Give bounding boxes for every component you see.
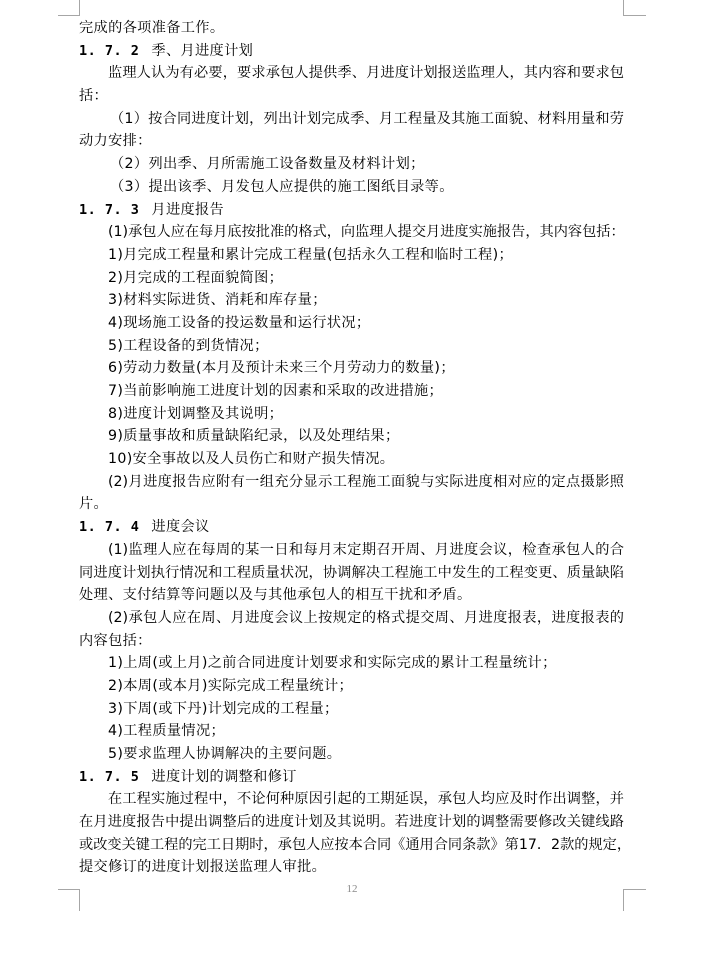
section-heading: 1. 7. 5进度计划的调整和修订: [79, 766, 624, 789]
paragraph-line: 监理人认为有必要，要求承包人提供季、月进度计划报送监理人，其内容和要求包: [79, 62, 624, 85]
paragraph-line: 动力安排：: [79, 130, 624, 153]
paragraph-line: 处理、支付结算等问题以及与其他承包人的相互干扰和矛盾。: [79, 584, 624, 607]
paragraph-line: 2)本周(或本月)实际完成工程量统计；: [79, 675, 624, 698]
paragraph-line: 9)质量事故和质量缺陷纪录，以及处理结果；: [79, 425, 624, 448]
paragraph-line: (2)承包人应在周、月进度会议上按规定的格式提交周、月进度报表，进度报表的: [79, 607, 624, 630]
paragraph-line: (1)监理人应在每周的某一日和每月末定期召开周、月进度会议，检查承包人的合: [79, 539, 624, 562]
paragraph-line: 内容包括：: [79, 630, 624, 653]
paragraph-line: 7)当前影响施工进度计划的因素和采取的改进措施；: [79, 380, 624, 403]
page-corner-mark-top-left: [58, 0, 80, 16]
paragraph-line: （1）按合同进度计划，列出计划完成季、月工程量及其施工面貌、材料用量和劳: [79, 108, 624, 131]
page-corner-mark-top-right: [623, 0, 646, 16]
page-number: 12: [340, 883, 364, 895]
paragraph-line: 括：: [79, 85, 624, 108]
paragraph-line: 5)要求监理人协调解决的主要问题。: [79, 743, 624, 766]
paragraph-line: 4)现场施工设备的投运数量和运行状况；: [79, 312, 624, 335]
paragraph-line: （3）提出该季、月发包人应提供的施工图纸目录等。: [79, 176, 624, 199]
paragraph-line: 或改变关键工程的完工日期时，承包人应按本合同《通用合同条款》第17．2款的规定，: [79, 834, 624, 857]
paragraph-line: 同进度计划执行情况和工程质量状况，协调解决工程施工中发生的工程变更、质量缺陷: [79, 562, 624, 585]
section-number: 1. 7. 3: [79, 202, 139, 218]
paragraph-line: 2)月完成的工程面貌简图；: [79, 267, 624, 290]
paragraph-line: 1)上周(或上月)之前合同进度计划要求和实际完成的累计工程量统计；: [79, 652, 624, 675]
section-title: 月进度报告: [151, 202, 224, 218]
paragraph-line: （2）列出季、月所需施工设备数量及材料计划；: [79, 153, 624, 176]
section-number: 1. 7. 4: [79, 519, 139, 535]
paragraph-line: 4)工程质量情况；: [79, 720, 624, 743]
paragraph-line: 8)进度计划调整及其说明；: [79, 403, 624, 426]
paragraph-line: 提交修订的进度计划报送监理人审批。: [79, 856, 624, 879]
page-corner-mark-bottom-right: [623, 889, 646, 911]
section-number: 1. 7. 5: [79, 769, 139, 785]
paragraph-line: (1)承包人应在每月底按批准的格式，向监理人提交月进度实施报告，其内容包括：: [79, 221, 624, 244]
paragraph-line: 10)安全事故以及人员伤亡和财产损失情况。: [79, 448, 624, 471]
paragraph-line: 完成的各项准备工作。: [79, 17, 624, 40]
document-body: 完成的各项准备工作。1. 7. 2季、月进度计划监理人认为有必要，要求承包人提供…: [79, 17, 624, 879]
paragraph-line: 片。: [79, 493, 624, 516]
paragraph-line: 在工程实施过程中，不论何种原因引起的工期延误，承包人均应及时作出调整，并: [79, 788, 624, 811]
section-title: 季、月进度计划: [151, 43, 253, 59]
section-title: 进度会议: [151, 519, 209, 535]
paragraph-line: 6)劳动力数量(本月及预计未来三个月劳动力的数量)；: [79, 357, 624, 380]
paragraph-line: 5)工程设备的到货情况；: [79, 335, 624, 358]
paragraph-line: 3)下周(或下丹)计划完成的工程量；: [79, 698, 624, 721]
paragraph-line: 在月进度报告中提出调整后的进度计划及其说明。若进度计划的调整需要修改关键线路: [79, 811, 624, 834]
section-heading: 1. 7. 3月进度报告: [79, 199, 624, 222]
paragraph-line: 1)月完成工程量和累计完成工程量(包括永久工程和临时工程)；: [79, 244, 624, 267]
section-heading: 1. 7. 4进度会议: [79, 516, 624, 539]
section-title: 进度计划的调整和修订: [151, 769, 296, 785]
paragraph-line: 3)材料实际进货、消耗和库存量；: [79, 289, 624, 312]
section-heading: 1. 7. 2季、月进度计划: [79, 40, 624, 63]
paragraph-line: (2)月进度报告应附有一组充分显示工程施工面貌与实际进度相对应的定点摄影照: [79, 471, 624, 494]
section-number: 1. 7. 2: [79, 43, 139, 59]
page-corner-mark-bottom-left: [58, 889, 80, 911]
